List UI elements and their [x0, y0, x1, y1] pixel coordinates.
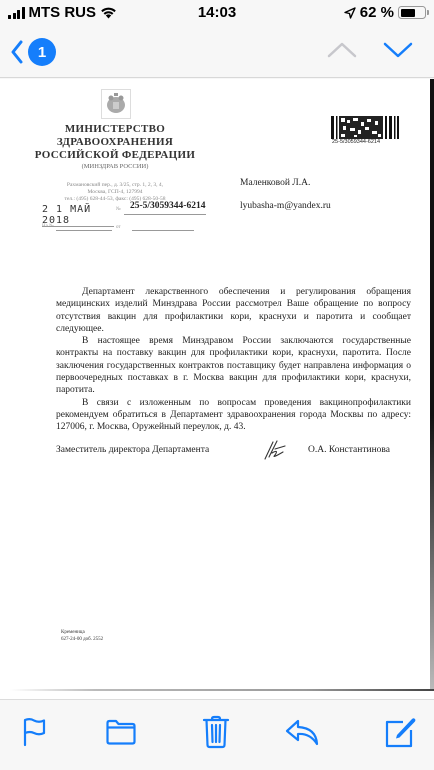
double-headed-eagle-icon	[105, 92, 127, 116]
na-label: На №	[42, 224, 54, 229]
trash-button[interactable]	[198, 714, 234, 750]
barcode-icon	[331, 116, 399, 139]
unread-count-badge: 1	[28, 38, 56, 66]
date-number-row: 2 1 МАЙ 2018 № 25-5/3059344-6214	[42, 201, 212, 215]
ministry-line-3: РОССИЙСКОЙ ФЕДЕРАЦИИ	[30, 149, 200, 162]
page-edge-bottom	[10, 689, 434, 691]
ministry-letterhead: МИНИСТЕРСТВО ЗДРАВООХРАНЕНИЯ РОССИЙСКОЙ …	[30, 123, 200, 171]
trash-icon	[202, 715, 230, 749]
ministry-line-2: ЗДРАВООХРАНЕНИЯ	[30, 136, 200, 149]
chevron-up-icon	[326, 40, 358, 60]
signature-icon	[263, 439, 287, 461]
executor-info: Кременица 627-24-00 доб. 2552	[61, 630, 103, 643]
battery-percent: 62 %	[360, 4, 394, 21]
paragraph-3: В связи с изложенным по вопросам проведе…	[56, 397, 411, 434]
page-edge-right	[430, 79, 434, 691]
address-line-1: Рахмановский пер., д. 3/25, стр. 1, 2, 3…	[30, 182, 200, 189]
barcode-number: 25-5/3059344-6214	[332, 139, 380, 145]
compose-button[interactable]	[382, 714, 418, 750]
signer-name: О.А. Константинова	[308, 445, 390, 455]
signer-title: Заместитель директора Департамента	[56, 445, 209, 455]
ministry-short-name: (МИНЗДРАВ РОССИИ)	[30, 162, 200, 171]
reply-icon	[284, 718, 320, 746]
ot-label: от	[116, 225, 121, 230]
ot-underline	[132, 230, 194, 231]
paragraph-1: Департамент лекарственного обеспечения и…	[56, 286, 411, 335]
move-to-folder-button[interactable]	[103, 714, 139, 750]
number-label: №	[116, 207, 121, 212]
flag-icon	[21, 717, 47, 747]
registration-number: 25-5/3059344-6214	[130, 201, 205, 211]
ministry-address: Рахмановский пер., д. 3/25, стр. 1, 2, 3…	[30, 182, 200, 203]
wifi-icon	[100, 6, 117, 19]
coat-of-arms-emblem	[101, 89, 131, 119]
status-left: MTS RUS	[8, 4, 117, 21]
address-line-2: Москва, ГСП-4, 127994	[30, 189, 200, 196]
paragraph-2: В настоящее время Минздравом России закл…	[56, 335, 411, 396]
status-right: 62 %	[344, 4, 426, 21]
compose-icon	[384, 715, 416, 749]
signal-icon	[8, 7, 25, 19]
reference-row: На № от	[42, 224, 212, 234]
back-button[interactable]: 1	[10, 38, 56, 66]
ministry-line-1: МИНИСТЕРСТВО	[30, 123, 200, 136]
na-underline	[56, 230, 112, 231]
number-underline	[124, 214, 206, 215]
executor-phone: 627-24-00 доб. 2552	[61, 637, 103, 644]
flag-button[interactable]	[16, 714, 52, 750]
next-message-button[interactable]	[382, 40, 414, 65]
back-chevron-icon	[10, 40, 24, 64]
carrier-label: MTS RUS	[29, 4, 97, 21]
status-bar: MTS RUS 14:03 62 %	[0, 0, 434, 26]
location-arrow-icon	[344, 7, 356, 19]
battery-icon	[398, 6, 426, 19]
reply-button[interactable]	[284, 714, 320, 750]
chevron-down-icon	[382, 40, 414, 60]
previous-message-button[interactable]	[326, 40, 358, 65]
letter-body: Департамент лекарственного обеспечения и…	[56, 286, 411, 434]
recipient-email: lyubasha-m@yandex.ru	[240, 201, 331, 211]
bottom-toolbar	[0, 699, 434, 770]
recipient-name: Маленковой Л.А.	[240, 178, 310, 188]
document-viewer[interactable]: МИНИСТЕРСТВО ЗДРАВООХРАНЕНИЯ РОССИЙСКОЙ …	[0, 79, 434, 699]
folder-icon	[105, 718, 137, 746]
nav-bar: 1	[0, 26, 434, 78]
